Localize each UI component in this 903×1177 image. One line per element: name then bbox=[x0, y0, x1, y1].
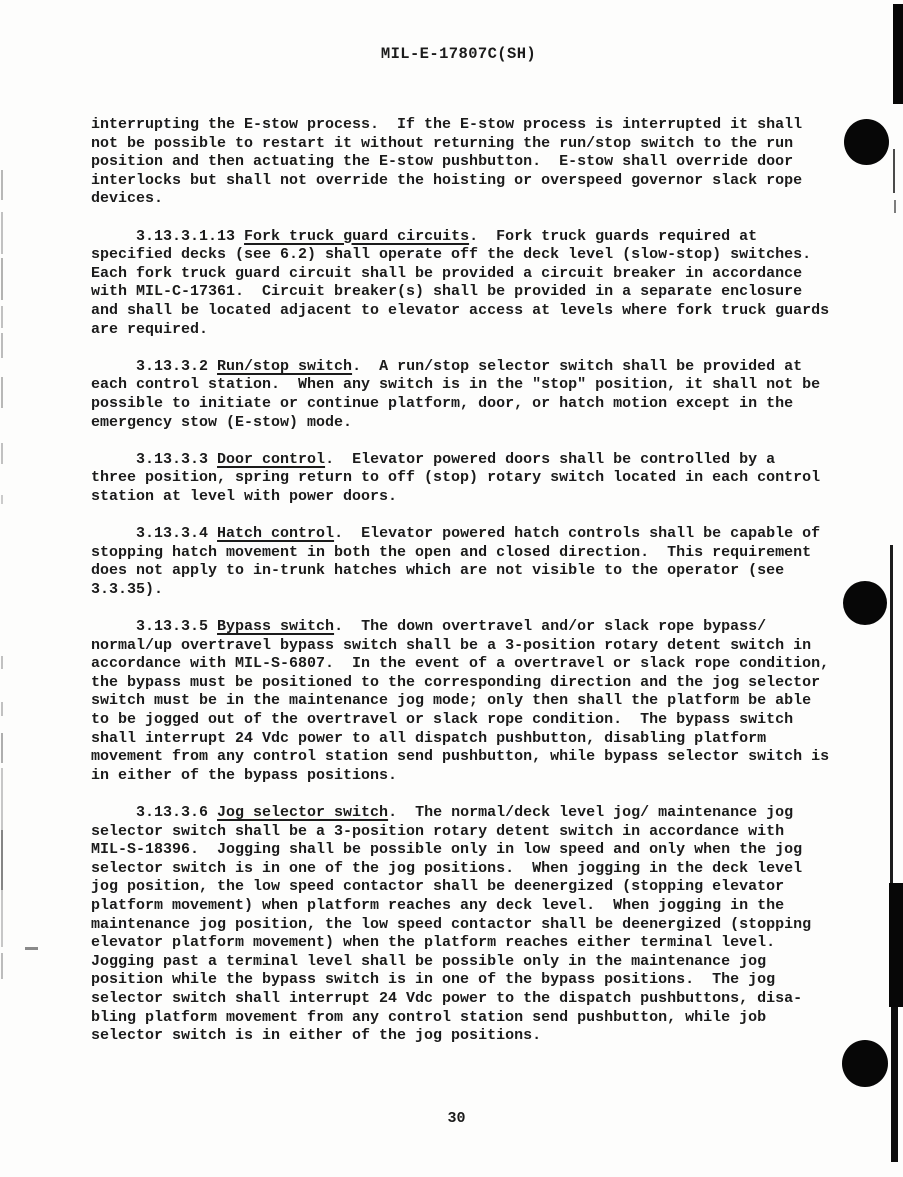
punch-hole-mark-top bbox=[844, 119, 889, 165]
edge-tick bbox=[1, 733, 3, 763]
punch-hole-mark-bottom bbox=[842, 1040, 888, 1087]
punch-hole-mark-middle bbox=[843, 581, 887, 625]
edge-tick bbox=[1, 306, 3, 328]
edge-tick bbox=[1, 333, 3, 358]
paragraph-text: . The down overtravel and/or slack rope … bbox=[91, 618, 829, 784]
edge-tick bbox=[1, 830, 3, 890]
edge-tick bbox=[1, 702, 3, 716]
paragraph-text: . The normal/deck level jog/ maintenance… bbox=[91, 804, 811, 1044]
edge-tick bbox=[1, 377, 3, 408]
paragraph-number: 3.13.3.2 bbox=[91, 358, 217, 375]
scan-line-right-middle bbox=[890, 545, 893, 885]
paragraph-number: 3.13.3.4 bbox=[91, 525, 217, 542]
paragraph-text: interrupting the E-stow process. If the … bbox=[91, 116, 802, 207]
scan-streak-right-upper-2 bbox=[894, 200, 896, 213]
edge-tick bbox=[1, 768, 3, 830]
edge-tick bbox=[1, 656, 3, 669]
scan-line-bottom-right bbox=[891, 1007, 898, 1162]
section-heading: Bypass switch bbox=[217, 618, 334, 635]
body-paragraph: 3.13.3.5 Bypass switch. The down overtra… bbox=[91, 618, 873, 785]
edge-tick bbox=[1, 170, 3, 200]
edge-tick bbox=[1, 443, 3, 464]
body-paragraph: 3.13.3.6 Jog selector switch. The normal… bbox=[91, 804, 873, 1046]
scan-bar-bottom-right bbox=[889, 883, 903, 1007]
edge-tick bbox=[1, 258, 3, 300]
body-paragraph: interrupting the E-stow process. If the … bbox=[91, 116, 873, 209]
body-paragraph: 3.13.3.1.13 Fork truck guard circuits. F… bbox=[91, 228, 873, 340]
paragraph-number: 3.13.3.5 bbox=[91, 618, 217, 635]
scan-dash-left-margin bbox=[25, 947, 38, 950]
document-body: interrupting the E-stow process. If the … bbox=[91, 116, 873, 1064]
spec-number-header: MIL-E-17807C(SH) bbox=[7, 45, 903, 63]
paragraph-number: 3.13.3.1.13 bbox=[91, 228, 244, 245]
page-number: 30 bbox=[5, 1110, 903, 1127]
scan-bar-top-right bbox=[893, 4, 903, 104]
edge-tick bbox=[1, 953, 3, 979]
body-paragraph: 3.13.3.2 Run/stop switch. A run/stop sel… bbox=[91, 358, 873, 432]
body-paragraph: 3.13.3.4 Hatch control. Elevator powered… bbox=[91, 525, 873, 599]
section-heading: Door control bbox=[217, 451, 325, 468]
paragraph-number: 3.13.3.6 bbox=[91, 804, 217, 821]
edge-tick bbox=[1, 890, 3, 947]
edge-tick bbox=[1, 495, 3, 504]
section-heading: Run/stop switch bbox=[217, 358, 352, 375]
scan-streak-right-upper bbox=[893, 149, 895, 193]
section-heading: Hatch control bbox=[217, 525, 334, 542]
paragraph-number: 3.13.3.3 bbox=[91, 451, 217, 468]
edge-tick bbox=[1, 212, 3, 254]
document-page: MIL-E-17807C(SH) interrupting the E-stow… bbox=[0, 0, 903, 1177]
section-heading: Jog selector switch bbox=[217, 804, 388, 821]
body-paragraph: 3.13.3.3 Door control. Elevator powered … bbox=[91, 451, 873, 507]
section-heading: Fork truck guard circuits bbox=[244, 228, 469, 245]
